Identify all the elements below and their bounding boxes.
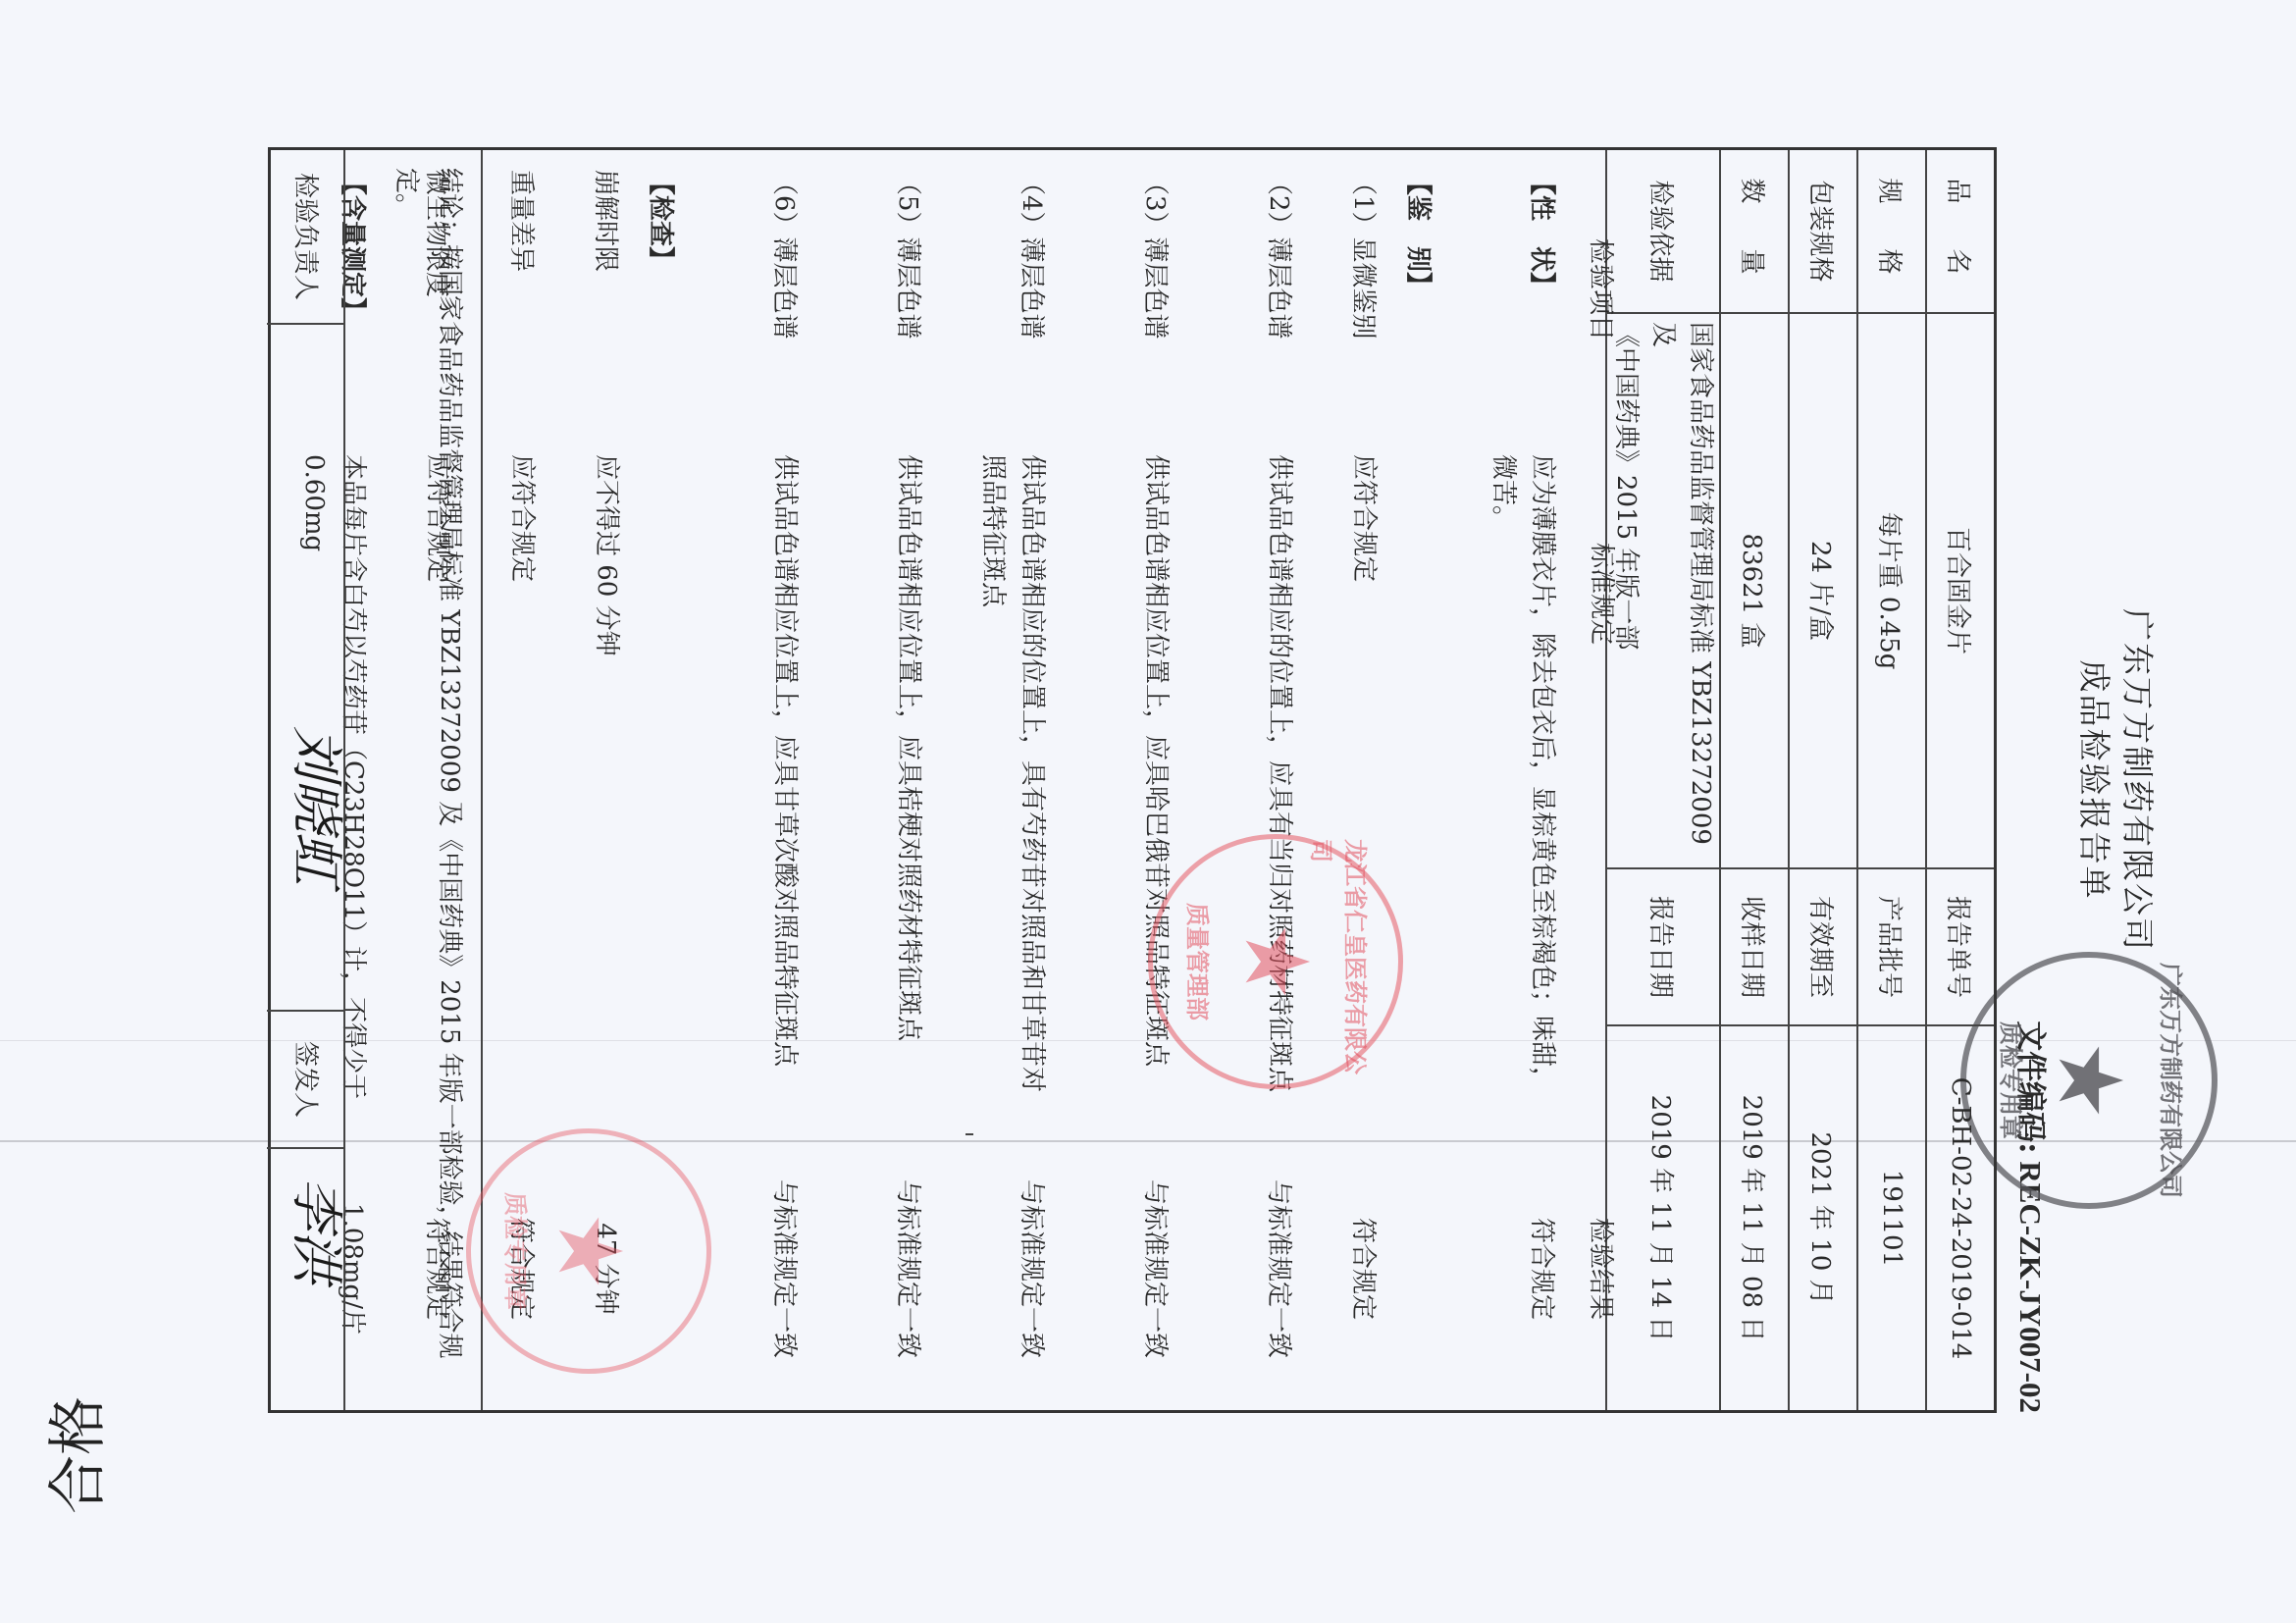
column-header-standard: 标准规定: [1582, 543, 1621, 1190]
test-standard: 应符合规定: [502, 454, 542, 1102]
stamp-text: 质量管理部: [1182, 903, 1217, 1021]
test-item: （6）薄层色谱: [768, 170, 805, 464]
sample-date-value: 2019 年 11 月 08 日: [1720, 1025, 1789, 1410]
inspection-report-document: 广东万方制药有限公司 成品检验报告单 文件编码: REC-ZK-JY007-02…: [216, 147, 2257, 1413]
report-title: 成品检验报告单: [2073, 147, 2119, 1413]
basis-value: 国家食品药品监督管理局标准 YBZ13272009 及 《中国药典》2015 年…: [1606, 313, 1720, 868]
test-item: 重量差异: [505, 170, 542, 464]
test-result: 符合规定: [1347, 1141, 1383, 1396]
report-date-label: 报告日期: [1606, 868, 1720, 1025]
star-icon: ★: [545, 1212, 633, 1291]
report-no-label: 报告单号: [1926, 868, 1994, 1025]
test-standard: 供试品色谱相应位置上，应具甘草次酸对照品特征斑点: [765, 454, 805, 1102]
basis-line: 国家食品药品监督管理局标准 YBZ13272009 及: [1644, 322, 1719, 860]
test-item: 【鉴 别】: [1402, 170, 1438, 464]
product-name-label: 品 名: [1926, 150, 1994, 313]
quantity-value: 83621 盒: [1720, 313, 1789, 868]
test-standard: 应为薄膜衣片，除去包衣后，显棕黄色至棕褐色；味甜，微苦。: [1484, 454, 1562, 1102]
info-row: 包装规格 24 片/盒 有效期至 2021 年 10 月: [1789, 150, 1857, 1410]
report-no-value: C-BH-02-24-2019-014: [1926, 1025, 1994, 1410]
test-item: （2）薄层色谱: [1263, 170, 1299, 464]
batch-label: 产品批号: [1857, 868, 1926, 1025]
issuer-label: 签发人: [267, 1012, 343, 1149]
test-result: 符合规定: [1526, 1141, 1562, 1396]
red-quality-stamp: ★ 质检专用章: [466, 1128, 711, 1374]
inspector-signature-cell: [267, 325, 343, 1012]
basis-label: 检验依据: [1606, 150, 1720, 313]
package-value: 24 片/盒: [1789, 313, 1857, 868]
stamp-text: 质检专用章: [1996, 1021, 2030, 1139]
divider: [965, 1133, 973, 1135]
column-header-item: 检验项目: [1585, 238, 1621, 533]
test-standard: 供试品色谱相应的位置上，具有芍药苷对照品和甘草苷对照品特征斑点: [973, 454, 1052, 1102]
spec-label: 规 格: [1857, 150, 1926, 313]
expiry-value: 2021 年 10 月: [1789, 1025, 1857, 1410]
inspector-label: 检验负责人: [267, 150, 343, 325]
stamp-text: 质检专用章: [500, 1192, 535, 1310]
test-result: 与标准规定一致: [892, 1141, 928, 1396]
company-quality-stamp: 广东万方制药有限公司 ★ 质检专用章: [1960, 952, 2218, 1209]
column-header-result: 检验结果: [1585, 1141, 1621, 1396]
issuer-signature: 李洪: [283, 1178, 358, 1283]
batch-value: 191101: [1857, 1025, 1926, 1410]
inspector-signature: 刘晓虹: [283, 726, 358, 885]
test-item: 【检查】: [645, 170, 681, 464]
test-item: 崩解时限: [590, 170, 626, 464]
handwritten-note: 合格: [31, 1396, 116, 1514]
test-item: （3）薄层色谱: [1139, 170, 1175, 464]
stamp-text: 龙江省仁皇医药有限公司: [1306, 839, 1375, 1084]
info-row: 品 名 百合固金片 报告单号 C-BH-02-24-2019-014: [1926, 150, 1994, 1410]
test-item: （1）显微鉴别: [1347, 170, 1383, 464]
conclusion: 结论：按国家食品药品监督管理局标准 YBZ13272009 及《中国药典》201…: [375, 150, 483, 1410]
test-result: 与标准规定一致: [768, 1141, 805, 1396]
sample-date-label: 收样日期: [1720, 868, 1789, 1025]
spec-value: 每片重 0.45g: [1857, 313, 1926, 868]
test-standard: 供试品色谱相应位置上，应具桔梗对照药材特征斑点: [889, 454, 928, 1102]
red-company-stamp: 龙江省仁皇医药有限公司 ★ 质量管理部: [1148, 834, 1403, 1089]
test-item: 【性 状】: [1526, 170, 1562, 464]
info-row: 规 格 每片重 0.45g 产品批号 191101: [1857, 150, 1926, 1410]
test-result: 与标准规定一致: [1139, 1141, 1175, 1396]
test-standard: 应不得过 60 分钟: [587, 454, 626, 1102]
product-name-value: 百合固金片: [1926, 313, 1994, 868]
stamp-text: 广东万方制药有限公司: [2156, 963, 2190, 1198]
test-item: （5）薄层色谱: [892, 170, 928, 464]
package-label: 包装规格: [1789, 150, 1857, 313]
report-date-value: 2019 年 11 月 14 日: [1606, 1025, 1720, 1410]
quantity-label: 数 量: [1720, 150, 1789, 313]
test-result: 与标准规定一致: [1263, 1141, 1299, 1396]
info-table: 品 名 百合固金片 报告单号 C-BH-02-24-2019-014 规 格 每…: [1605, 150, 1994, 1410]
info-row: 数 量 83621 盒 收样日期 2019 年 11 月 08 日: [1720, 150, 1789, 1410]
test-item: （4）薄层色谱: [1016, 170, 1052, 464]
test-result: 与标准规定一致: [1016, 1141, 1052, 1396]
expiry-label: 有效期至: [1789, 868, 1857, 1025]
info-row: 检验依据 国家食品药品监督管理局标准 YBZ13272009 及 《中国药典》2…: [1606, 150, 1720, 1410]
star-icon: ★: [2045, 1041, 2133, 1121]
company-name: 广东万方制药有限公司: [2116, 147, 2163, 1413]
